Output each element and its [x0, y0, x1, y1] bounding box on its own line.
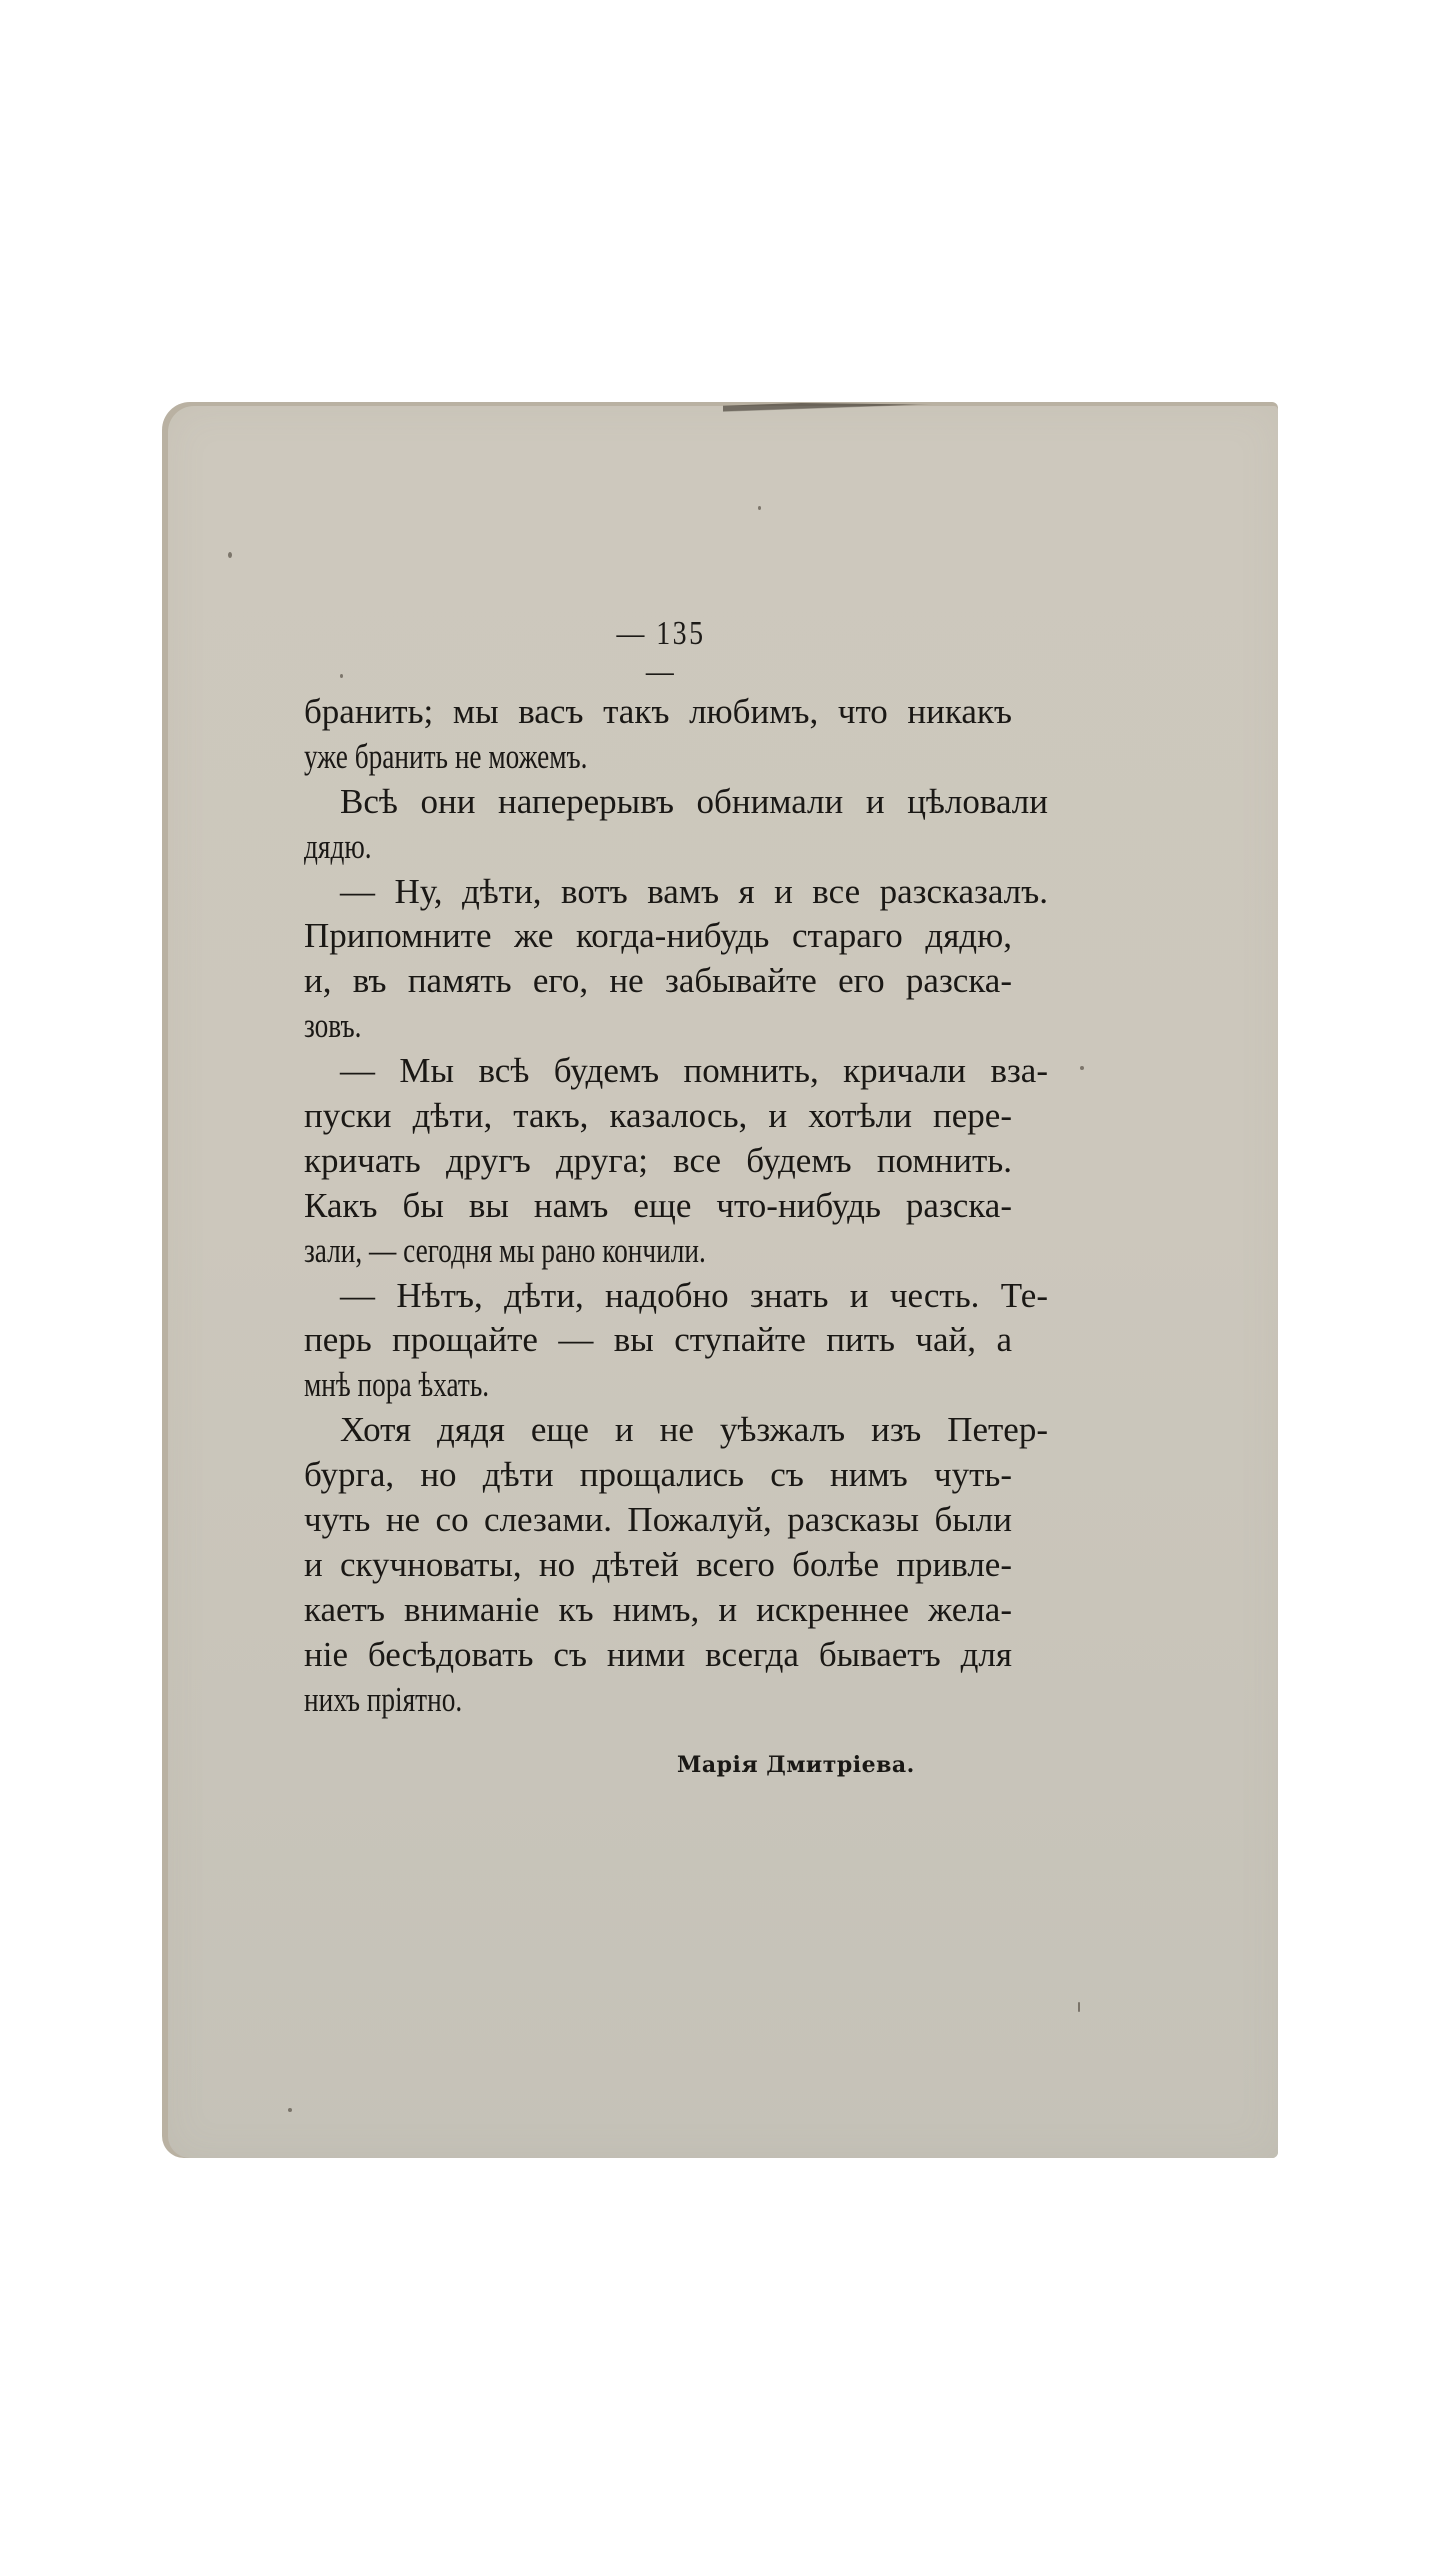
text-line: уже бранить не можемъ.	[304, 735, 1012, 780]
text-line: ніе бесѣдовать съ ними всегда бываетъ дл…	[304, 1633, 1012, 1678]
text-line: дядю.	[304, 825, 1012, 870]
text-line: мнѣ пора ѣхать.	[304, 1363, 1012, 1408]
author-signature: Марія Дмитріева.	[677, 1752, 915, 1778]
text-line: зовъ.	[304, 1004, 1012, 1049]
text-line: Хотя дядя еще и не уѣзжалъ изъ Петер-	[304, 1408, 1048, 1453]
text-line: бранить; мы васъ такъ любимъ, что никакъ	[304, 690, 1012, 735]
text-line: кричать другъ друга; все будемъ помнить.	[304, 1139, 1012, 1184]
text-line: Всѣ они наперерывъ обнимали и цѣловали	[304, 780, 1048, 825]
paper-speck	[288, 2108, 292, 2112]
text-line: пуски дѣти, такъ, казалось, и хотѣли пер…	[304, 1094, 1012, 1139]
text-line: перь прощайте — вы ступайте пить чай, а	[304, 1318, 1012, 1363]
text-line: — Нѣтъ, дѣти, надобно знать и честь. Те-	[304, 1274, 1048, 1319]
paper-speck	[1078, 2002, 1080, 2012]
paper-speck	[1080, 1066, 1084, 1070]
paper-speck	[340, 674, 343, 678]
text-line: — Ну, дѣти, вотъ вамъ я и все разсказалъ…	[304, 870, 1048, 915]
text-line: нихъ пріятно.	[304, 1678, 1012, 1723]
text-line: каетъ вниманіе къ нимъ, и искреннее жела…	[304, 1588, 1012, 1633]
paper-speck	[228, 552, 232, 558]
text-line: чуть не со слезами. Пожалуй, разсказы бы…	[304, 1498, 1012, 1543]
page-number: — 135 —	[597, 615, 725, 691]
text-line: Какъ бы вы намъ еще что-нибудь разска-	[304, 1184, 1012, 1229]
text-line: и, въ память его, не забывайте его разск…	[304, 959, 1012, 1004]
text-line: и скучноваты, но дѣтей всего болѣе привл…	[304, 1543, 1012, 1588]
text-line: — Мы всѣ будемъ помнить, кричали вза-	[304, 1049, 1048, 1094]
text-line: Припомните же когда-нибудь стараго дядю,	[304, 914, 1012, 959]
paper-speck	[758, 506, 761, 510]
text-line: бурга, но дѣти прощались съ нимъ чуть-	[304, 1453, 1012, 1498]
text-line: зали, — сегодня мы рано кончили.	[304, 1229, 1012, 1274]
body-text: бранить; мы васъ такъ любимъ, что никакъ…	[304, 690, 1012, 1722]
